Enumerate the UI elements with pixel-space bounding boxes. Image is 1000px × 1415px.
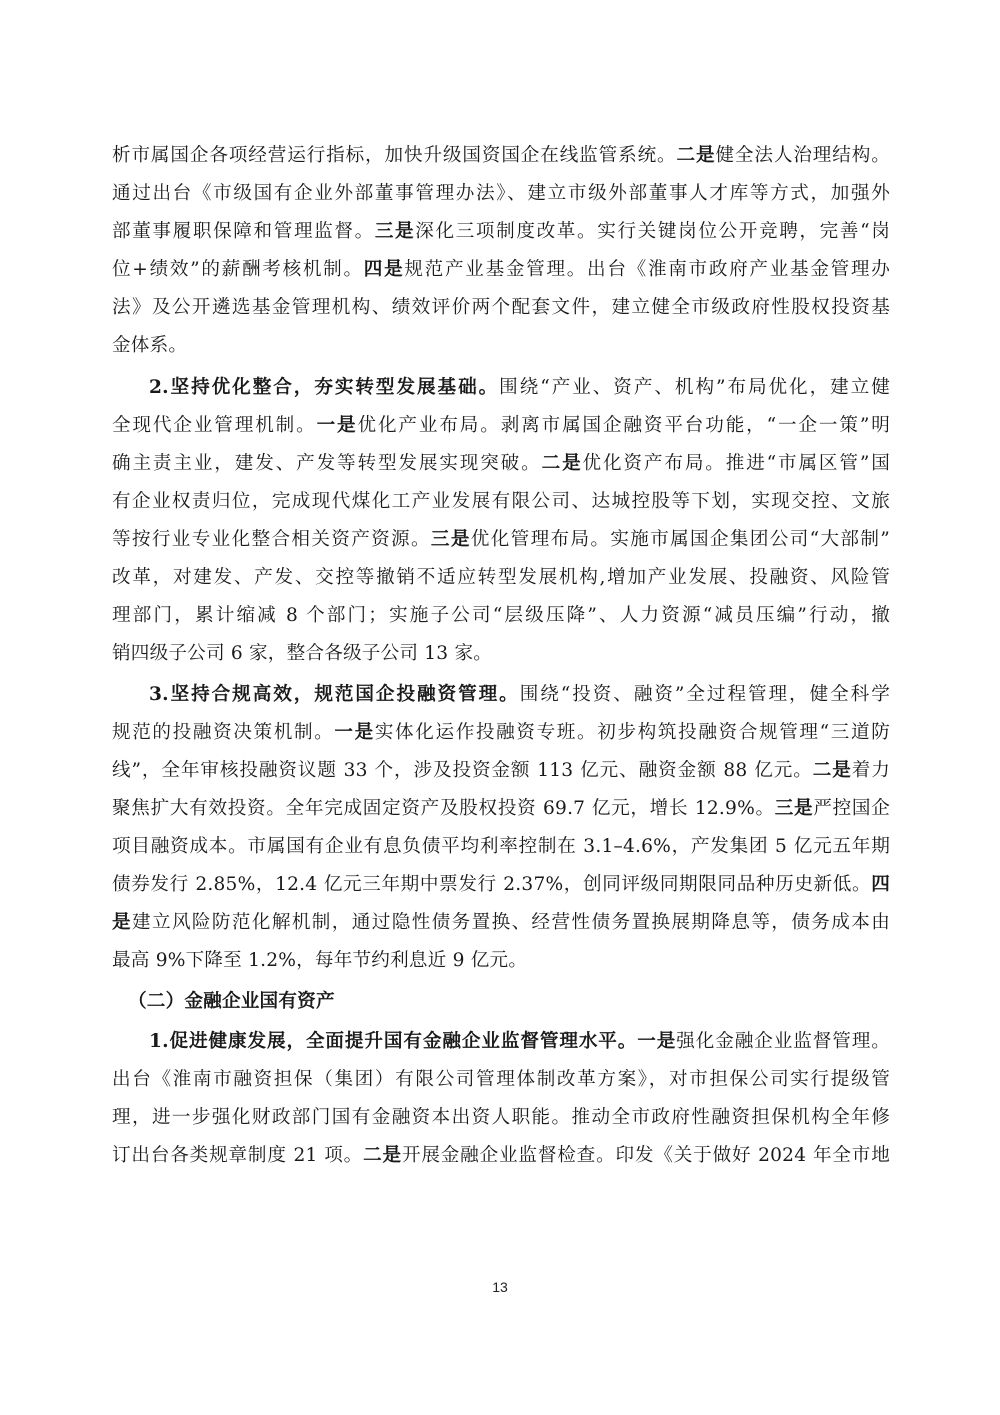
text-line: 位+绩效”的薪酬考核机制。四是规范产业基金管理。出台《淮南市政府产业基金管理办 <box>112 251 890 289</box>
section-heading: （二）金融企业国有资产 <box>128 983 869 1021</box>
text-line: 法》及公开遴选基金管理机构、绩效评价两个配套文件，建立健全市级政府性股权投资基 <box>112 289 890 327</box>
text-line: 通过出台《市级国有企业外部董事管理办法》、建立市级外部董事人才库等方式，加强外 <box>112 175 890 213</box>
text-line: 规范的投融资决策机制。一是实体化运作投融资专班。初步构筑投融资合规管理“三道防 <box>112 714 890 752</box>
text-line: 订出台各类规章制度 21 项。二是开展金融企业监督检查。印发《关于做好 2024… <box>112 1137 890 1175</box>
text-line: 出台《淮南市融资担保（集团）有限公司管理体制改革方案》，对市担保公司实行提级管 <box>112 1061 890 1099</box>
paragraph-heading-line: 2.坚持优化整合，夯实转型发展基础。围绕“产业、资产、机构”布局优化，建立健 <box>149 369 890 407</box>
text-line: 最高 9%下降至 1.2%，每年节约利息近 9 亿元。 <box>112 942 890 980</box>
text-line: 债券发行 2.85%，12.4 亿元三年期中票发行 2.37%，创同评级同期限同… <box>112 866 890 904</box>
text-line: 是建立风险防范化解机制，通过隐性债务置换、经营性债务置换展期降息等，债务成本由 <box>112 904 890 942</box>
paragraph-heading: 2.坚持优化整合，夯实转型发展基础。 <box>149 377 499 398</box>
text-line: 部董事履职保障和管理监督。三是深化三项制度改革。实行关键岗位公开竞聘，完善“岗 <box>112 213 890 251</box>
text-line: 销四级子公司 6 家，整合各级子公司 13 家。 <box>112 635 890 673</box>
document-page: 析市属国企各项经营运行指标，加快升级国资国企在线监管系统。二是健全法人治理结构。… <box>0 0 1000 1415</box>
text-line: 项目融资成本。市属国有企业有息负债平均利率控制在 3.1–4.6%，产发集团 5… <box>112 828 890 866</box>
text-line: 等按行业专业化整合相关资产资源。三是优化管理布局。实施市属国企集团公司“大部制” <box>112 521 890 559</box>
text-line: 理，进一步强化财政部门国有金融资本出资人职能。推动全市政府性融资担保机构全年修 <box>112 1099 890 1137</box>
paragraph-heading-line: 3.坚持合规高效，规范国企投融资管理。围绕“投资、融资”全过程管理，健全科学 <box>149 676 890 714</box>
text-line: 改革，对建发、产发、交控等撤销不适应转型发展机构,增加产业发展、投融资、风险管 <box>112 559 890 597</box>
text-line: 析市属国企各项经营运行指标，加快升级国资国企在线监管系统。二是健全法人治理结构。 <box>112 137 890 175</box>
text-line: 理部门，累计缩减 8 个部门；实施子公司“层级压降”、人力资源“减员压编”行动，… <box>112 597 890 635</box>
paragraph-heading-line: 1.促进健康发展，全面提升国有金融企业监督管理水平。一是强化金融企业监督管理。 <box>149 1023 890 1061</box>
page-number: 13 <box>0 1279 1000 1295</box>
text-line: 确主责主业，建发、产发等转型发展实现突破。二是优化资产布局。推进“市属区管”国 <box>112 445 890 483</box>
text-line: 全现代企业管理机制。一是优化产业布局。剥离市属国企融资平台功能，“一企一策”明 <box>112 407 890 445</box>
text-line: 聚焦扩大有效投资。全年完成固定资产及股权投资 69.7 亿元，增长 12.9%。… <box>112 790 890 828</box>
text-line: 有企业权责归位，完成现代煤化工产业发展有限公司、达城控股等下划，实现交控、文旅 <box>112 483 890 521</box>
paragraph-heading: 3.坚持合规高效，规范国企投融资管理。 <box>149 684 520 705</box>
text-line: 线”，全年审核投融资议题 33 个，涉及投资金额 113 亿元、融资金额 88 … <box>112 752 890 790</box>
text-line: 金体系。 <box>112 327 890 365</box>
paragraph-heading: 1.促进健康发展，全面提升国有金融企业监督管理水平。 <box>149 1031 637 1052</box>
